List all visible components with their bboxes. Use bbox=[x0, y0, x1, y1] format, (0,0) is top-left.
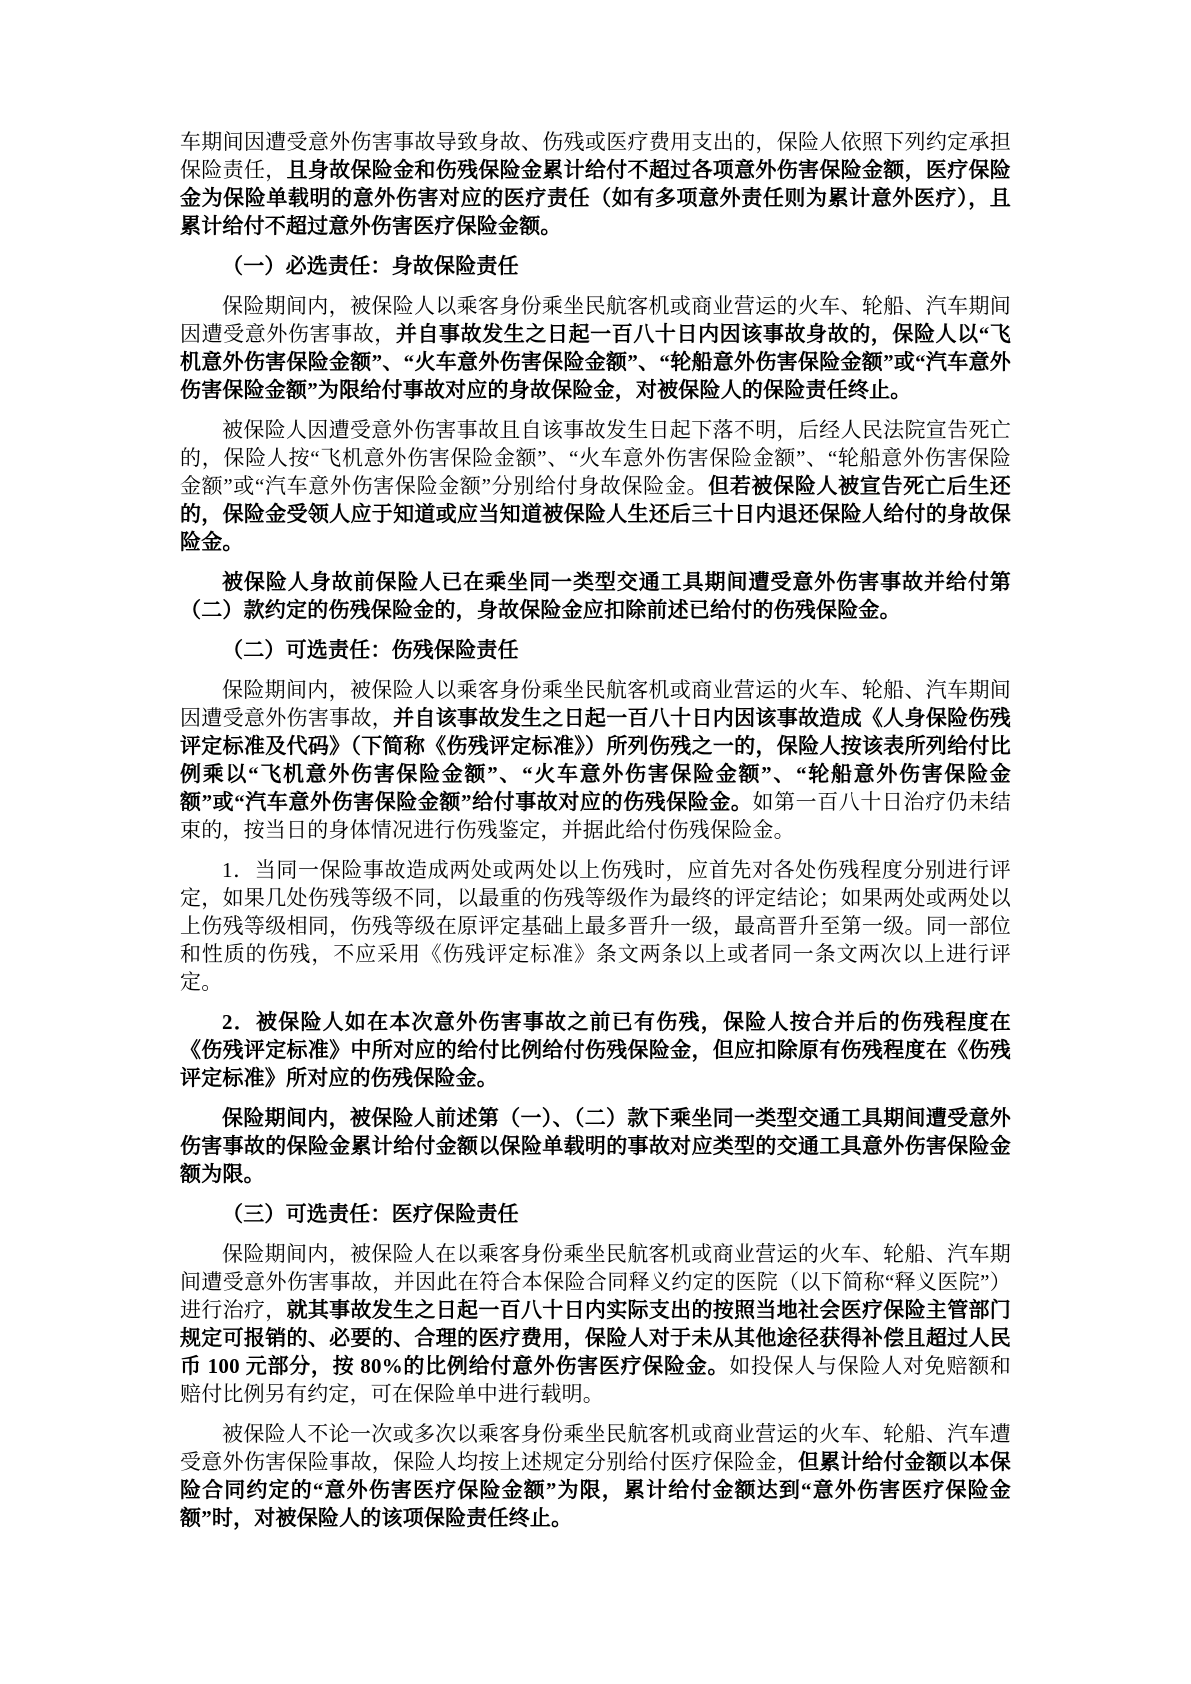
text-run-bold: 2．被保险人如在本次意外伤害事故之前已有伤残，保险人按合并后的伤残程度在《伤残评… bbox=[180, 1010, 1011, 1090]
document-page: 车期间因遭受意外伤害事故导致身故、伤残或医疗费用支出的，保险人依照下列约定承担保… bbox=[0, 0, 1191, 1684]
document-body: 车期间因遭受意外伤害事故导致身故、伤残或医疗费用支出的，保险人依照下列约定承担保… bbox=[180, 128, 1011, 1544]
paragraph-medical-benefit-2: 被保险人不论一次或多次以乘客身份乘坐民航客机或商业营运的火车、轮船、汽车遭受意外… bbox=[180, 1420, 1011, 1532]
paragraph-medical-benefit-1: 保险期间内，被保险人在以乘客身份乘坐民航客机或商业营运的火车、轮船、汽车期间遭受… bbox=[180, 1240, 1011, 1408]
section-heading-death-benefit: （一）必选责任：身故保险责任 bbox=[180, 252, 1011, 280]
text-run: 1．当同一保险事故造成两处或两处以上伤残时，应首先对各处伤残程度分别进行评定，如… bbox=[180, 858, 1011, 994]
text-run-bold: 且身故保险金和伤残保险金累计给付不超过各项意外伤害保险金额，医疗保险金为保险单载… bbox=[180, 158, 1011, 238]
paragraph-disability-item-1: 1．当同一保险事故造成两处或两处以上伤残时，应首先对各处伤残程度分别进行评定，如… bbox=[180, 856, 1011, 996]
paragraph-death-benefit-2: 被保险人因遭受意外伤害事故且自该事故发生日起下落不明，后经人民法院宣告死亡的，保… bbox=[180, 416, 1011, 556]
heading-text: （三）可选责任：医疗保险责任 bbox=[222, 1202, 519, 1226]
paragraph-death-benefit-3: 被保险人身故前保险人已在乘坐同一类型交通工具期间遭受意外伤害事故并给付第（二）款… bbox=[180, 568, 1011, 624]
section-heading-disability-benefit: （二）可选责任：伤残保险责任 bbox=[180, 636, 1011, 664]
paragraph-disability-item-2: 2．被保险人如在本次意外伤害事故之前已有伤残，保险人按合并后的伤残程度在《伤残评… bbox=[180, 1008, 1011, 1092]
paragraph-death-benefit-1: 保险期间内，被保险人以乘客身份乘坐民航客机或商业营运的火车、轮船、汽车期间因遭受… bbox=[180, 292, 1011, 404]
heading-text: （二）可选责任：伤残保险责任 bbox=[222, 638, 519, 662]
paragraph-disability-benefit-1: 保险期间内，被保险人以乘客身份乘坐民航客机或商业营运的火车、轮船、汽车期间因遭受… bbox=[180, 676, 1011, 844]
text-run-bold: 被保险人身故前保险人已在乘坐同一类型交通工具期间遭受意外伤害事故并给付第（二）款… bbox=[180, 570, 1011, 622]
text-run-bold: 保险期间内，被保险人前述第（一）、（二）款下乘坐同一类型交通工具期间遭受意外伤害… bbox=[180, 1106, 1011, 1186]
section-heading-medical-benefit: （三）可选责任：医疗保险责任 bbox=[180, 1200, 1011, 1228]
heading-text: （一）必选责任：身故保险责任 bbox=[222, 254, 519, 278]
paragraph-aggregate-limit: 保险期间内，被保险人前述第（一）、（二）款下乘坐同一类型交通工具期间遭受意外伤害… bbox=[180, 1104, 1011, 1188]
paragraph-intro-continuation: 车期间因遭受意外伤害事故导致身故、伤残或医疗费用支出的，保险人依照下列约定承担保… bbox=[180, 128, 1011, 240]
